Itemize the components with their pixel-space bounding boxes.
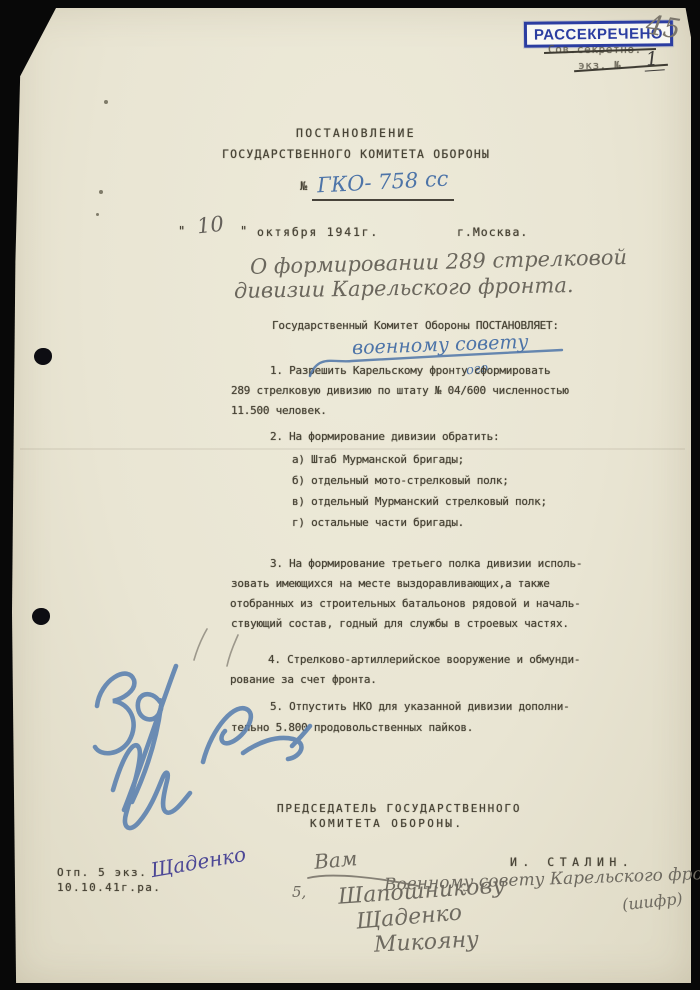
paragraph3-line3: отобранных из строительных батальонов ря… [230,597,581,610]
date-quote-close: " [240,224,247,238]
copy-number-handwritten: 1 [643,47,665,71]
paragraph1-line2: 289 стрелковую дивизию по штату № 04/600… [231,384,569,397]
paragraph2-item-a: а) Штаб Мурманской бригады; [292,453,464,466]
distribution-to-label: Вам [313,846,358,874]
paragraph2-item-v: в) отдельный Мурманский стрелковый полк; [292,495,547,508]
place-text: г.Москва. [457,225,528,239]
date-day-handwritten: 10 [196,212,225,239]
chairman-line2: КОМИТЕТА ОБОРОНЫ. [310,817,463,830]
paper-speck [104,100,108,104]
resolution-line: Государственный Комитет Обороны ПОСТАНОВ… [272,319,559,332]
paragraph2-item-g: г) остальные части бригады. [292,516,464,529]
page-number-handwritten: 45 [644,10,683,46]
paragraph5-line1: 5. Отпустить НКО для указанной дивизии д… [270,700,570,713]
paragraph4-line1: 4. Стрелково-артиллерийское вооружение и… [268,653,580,666]
paragraph5-line2: тельно 5.800 продовольственных пайков. [231,721,473,734]
document-title-line1: ПОСТАНОВЛЕНИЕ [296,126,416,140]
punch-hole-top [34,348,52,365]
paper-speck [99,190,103,194]
footer-date-line: 10.10.41г.ра. [57,881,161,894]
paragraph4-line2: рование за счет фронта. [230,673,377,686]
copies-count-line: Отп. 5 экз. [57,866,147,879]
paragraph2-item-b: б) отдельный мото-стрелковый полк; [292,474,509,487]
paragraph3-line4: ствующий состав, годный для службы в стр… [231,617,569,630]
punch-hole-bottom [32,608,50,625]
paper-speck [96,213,99,216]
scanned-document-page: РАССЕКРЕЧЕНО 45 Сов.секретно. экз. № 1 П… [0,0,700,990]
paragraph2-line1: 2. На формирование дивизии обратить: [270,430,499,443]
document-title-line2: ГОСУДАРСТВЕННОГО КОМИТЕТА ОБОРОНЫ [222,147,490,161]
date-text: октября 1941г. [257,225,379,239]
paragraph3-line1: 3. На формирование третьего полка дивизи… [270,557,582,570]
count-mark-handwritten: 5, [292,883,306,901]
chairman-line1: ПРЕДСЕДАТЕЛЬ ГОСУДАРСТВЕННОГО [277,802,521,815]
fold-crease [20,448,685,450]
decree-number-prefix: № [300,179,307,193]
paragraph3-line2: зовать имеющихся на месте выздоравливающ… [231,577,550,590]
paragraph1-line1: 1. Разрешить Карельскому фронту сформиро… [270,364,550,377]
date-quote-open: " [178,224,185,238]
paragraph1-line3: 11.500 человек. [231,404,327,417]
number-underline [312,199,454,201]
